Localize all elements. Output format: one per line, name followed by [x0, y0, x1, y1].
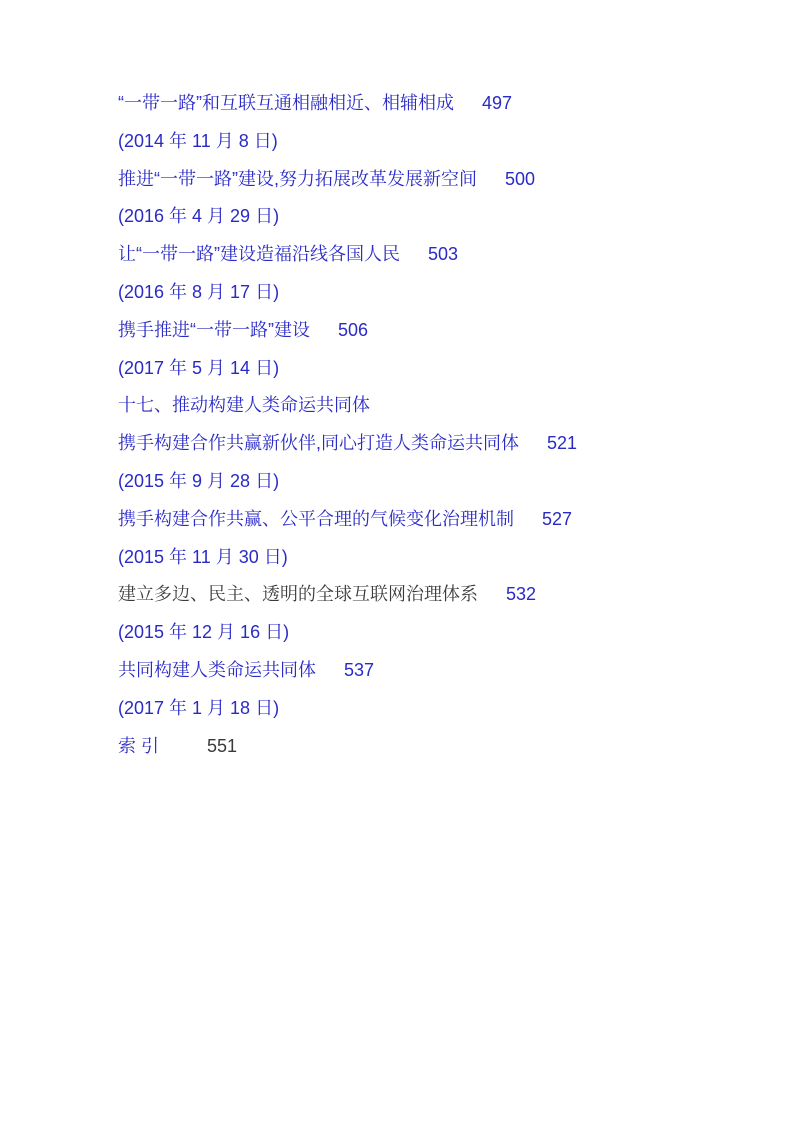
toc-date-line: (2015 年 11 月 30 日): [118, 539, 760, 577]
title-text: 十七、推动构建人类命运共同体: [118, 395, 370, 415]
date-text: (2017 年 1 月 18 日): [118, 698, 279, 718]
title-text: 推进“一带一路”建设,努力拓展改革发展新空间: [118, 169, 477, 189]
toc-entry[interactable]: 携手推进“一带一路”建设506: [118, 312, 760, 350]
toc-entry[interactable]: 推进“一带一路”建设,努力拓展改革发展新空间500: [118, 161, 760, 199]
title-text: 携手推进“一带一路”建设: [118, 320, 310, 340]
title-text: 携手构建合作共赢新伙伴,同心打造人类命运共同体: [118, 433, 519, 453]
page-number: 527: [542, 509, 572, 529]
toc-date-line: (2017 年 5 月 14 日): [118, 350, 760, 388]
toc-entry[interactable]: “一带一路”和互联互通相融相近、相辅相成497: [118, 85, 760, 123]
date-text: (2015 年 11 月 30 日): [118, 547, 288, 567]
page-number: 503: [428, 244, 458, 264]
toc-entry[interactable]: 携手构建合作共赢、公平合理的气候变化治理机制527: [118, 501, 760, 539]
title-text: 携手构建合作共赢、公平合理的气候变化治理机制: [118, 509, 514, 529]
date-text: (2014 年 11 月 8 日): [118, 131, 278, 151]
page-number: 497: [482, 93, 512, 113]
toc-page: “一带一路”和互联互通相融相近、相辅相成497(2014 年 11 月 8 日)…: [0, 0, 800, 1130]
toc-entry[interactable]: 共同构建人类命运共同体537: [118, 652, 760, 690]
title-text: 索 引: [118, 736, 159, 756]
page-number: 551: [207, 736, 237, 756]
title-text: 让“一带一路”建设造福沿线各国人民: [118, 244, 400, 264]
title-text: 共同构建人类命运共同体: [118, 660, 316, 680]
toc-entry[interactable]: 让“一带一路”建设造福沿线各国人民503: [118, 236, 760, 274]
toc-date-line: (2017 年 1 月 18 日): [118, 690, 760, 728]
toc-entry[interactable]: 建立多边、民主、透明的全球互联网治理体系532: [118, 576, 760, 614]
date-text: (2016 年 4 月 29 日): [118, 206, 279, 226]
toc-date-line: (2016 年 8 月 17 日): [118, 274, 760, 312]
toc-date-line: (2015 年 9 月 28 日): [118, 463, 760, 501]
toc-date-line: (2016 年 4 月 29 日): [118, 198, 760, 236]
toc-date-line: (2015 年 12 月 16 日): [118, 614, 760, 652]
date-text: (2015 年 9 月 28 日): [118, 471, 279, 491]
toc-list: “一带一路”和互联互通相融相近、相辅相成497(2014 年 11 月 8 日)…: [118, 85, 760, 765]
toc-entry[interactable]: 携手构建合作共赢新伙伴,同心打造人类命运共同体521: [118, 425, 760, 463]
page-number: 521: [547, 433, 577, 453]
title-text: “一带一路”和互联互通相融相近、相辅相成: [118, 93, 454, 113]
page-number: 506: [338, 320, 368, 340]
page-number: 537: [344, 660, 374, 680]
toc-index-entry[interactable]: 索 引551: [118, 728, 760, 766]
toc-section-heading[interactable]: 十七、推动构建人类命运共同体: [118, 387, 760, 425]
date-text: (2016 年 8 月 17 日): [118, 282, 279, 302]
page-number: 500: [505, 169, 535, 189]
date-text: (2015 年 12 月 16 日): [118, 622, 289, 642]
page-number: 532: [506, 584, 536, 604]
date-text: (2017 年 5 月 14 日): [118, 358, 279, 378]
title-text: 建立多边、民主、透明的全球互联网治理体系: [118, 584, 478, 604]
toc-date-line: (2014 年 11 月 8 日): [118, 123, 760, 161]
